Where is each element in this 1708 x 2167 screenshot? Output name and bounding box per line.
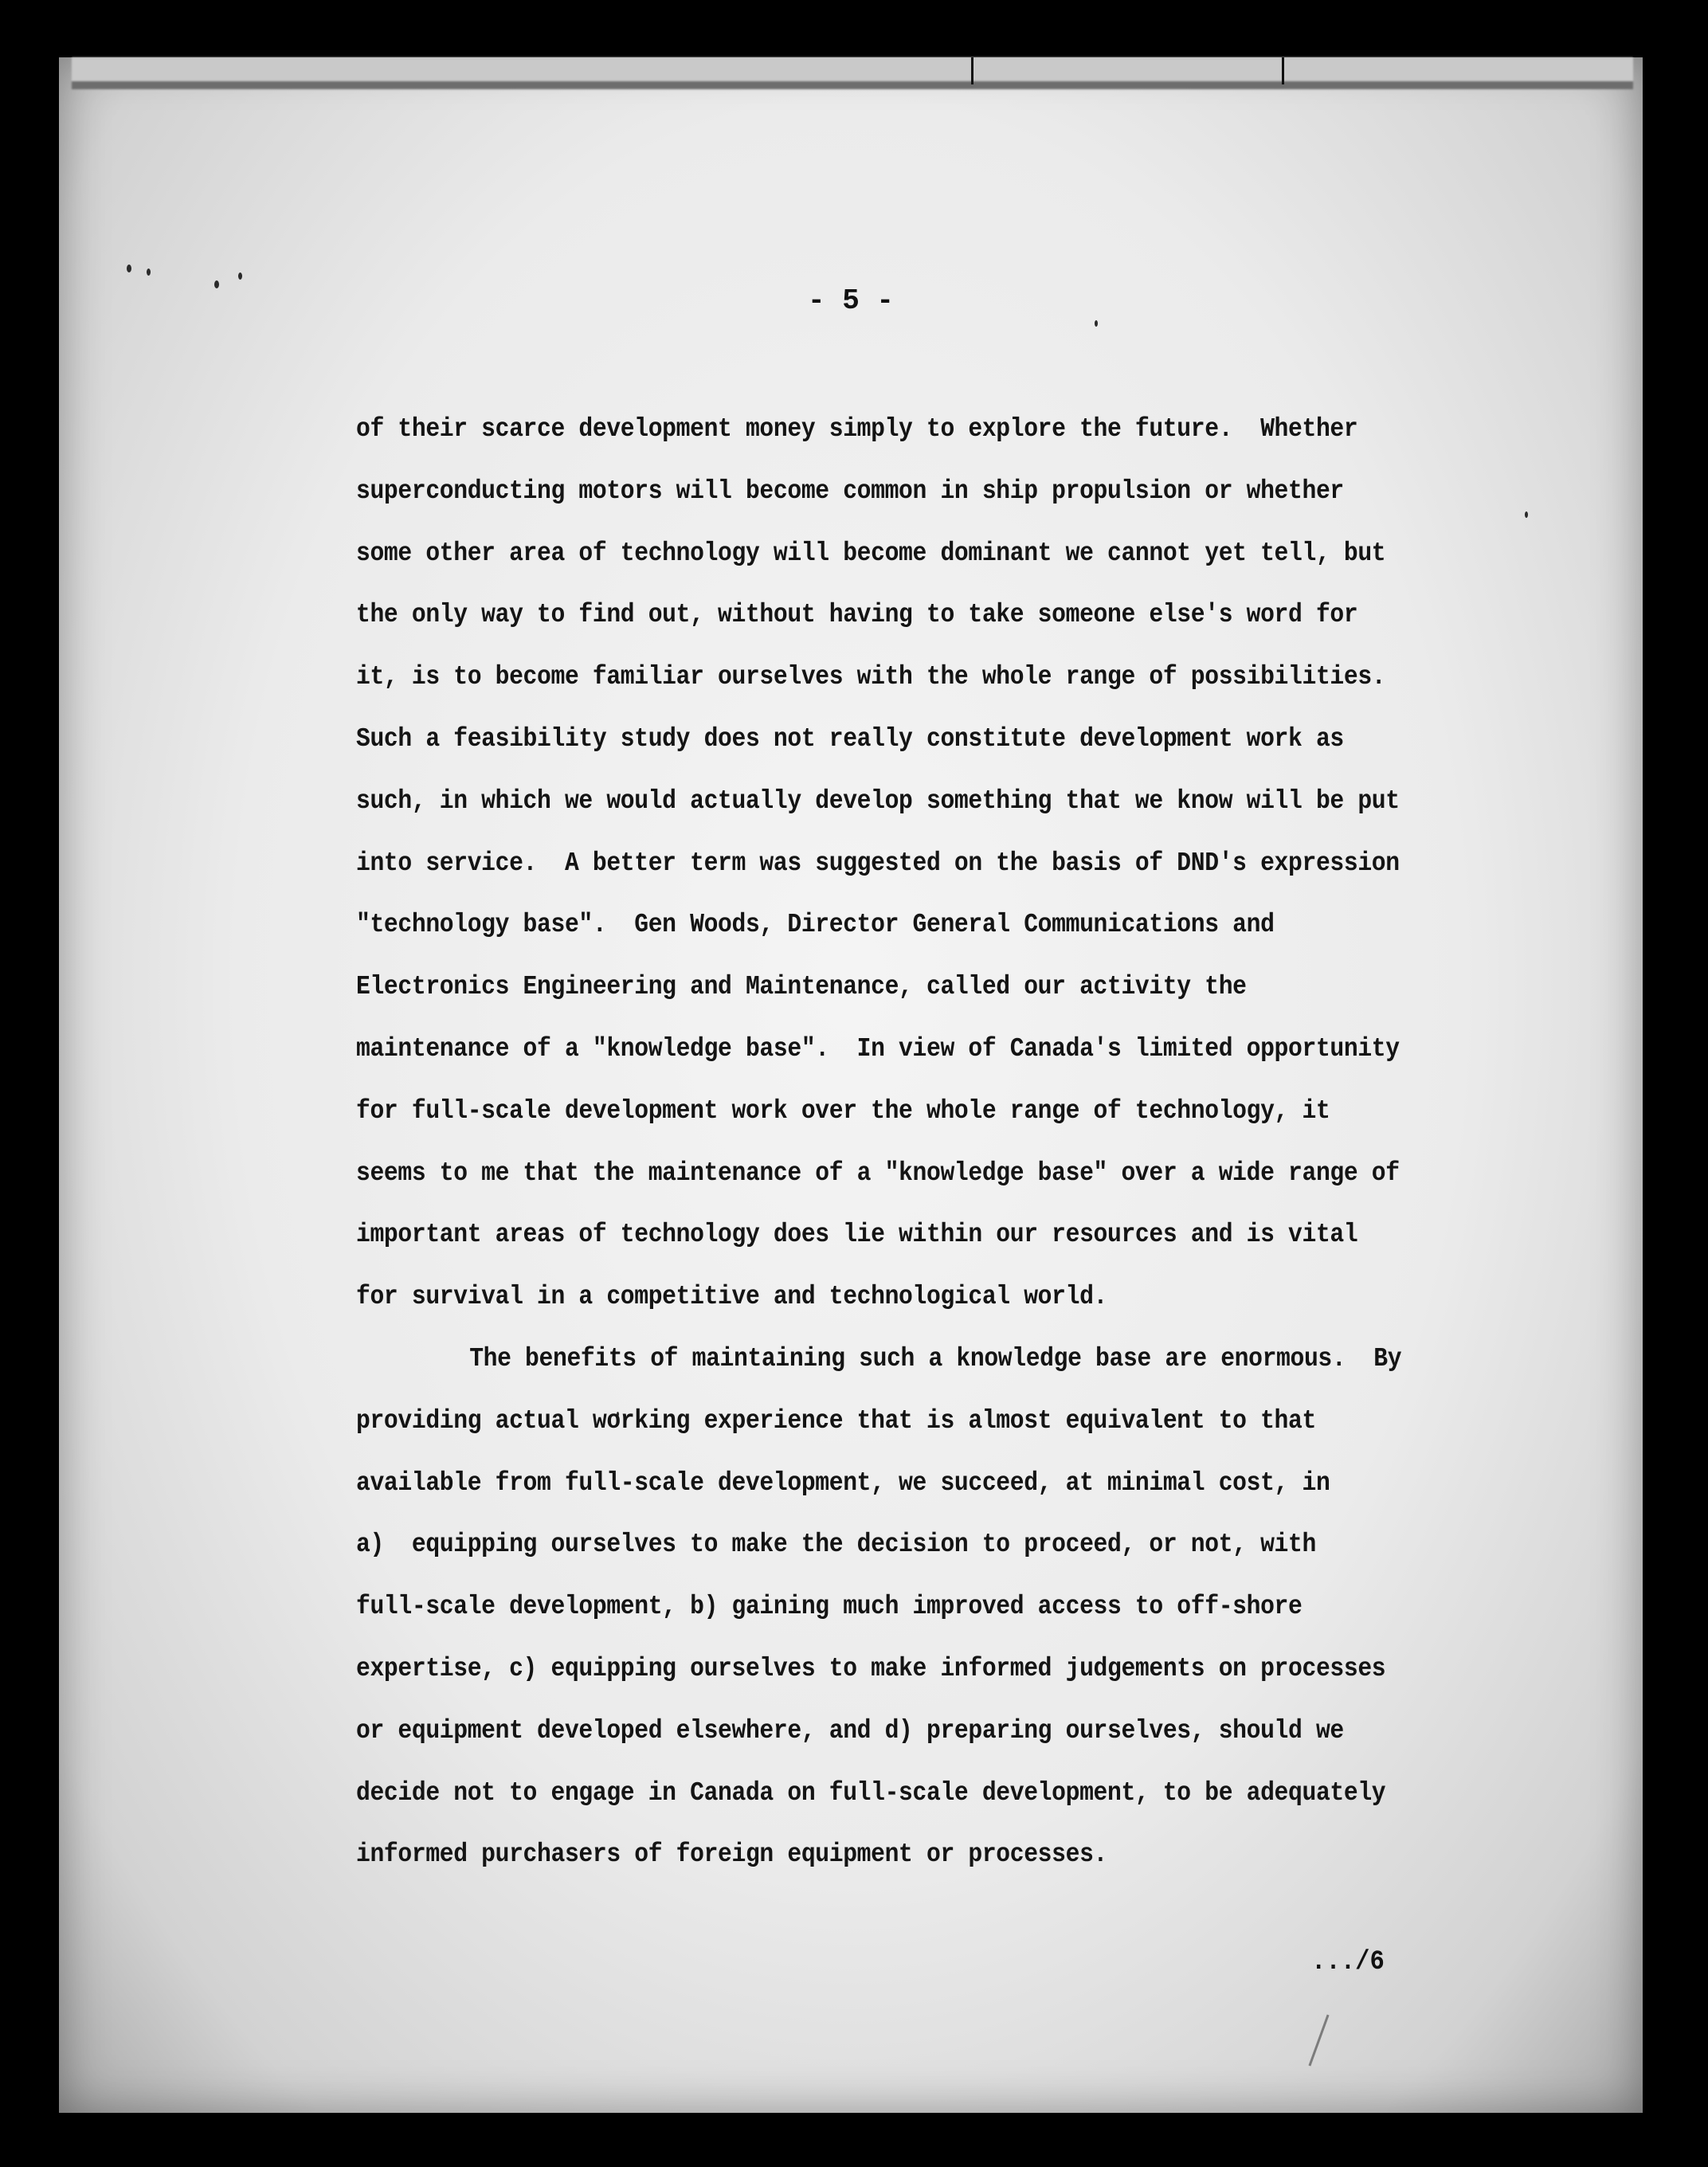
scan-speck [1525, 511, 1528, 518]
text-line: into service. A better term was suggeste… [356, 833, 1432, 895]
text-line: it, is to become familiar ourselves with… [356, 646, 1432, 708]
text-line: a) equipping ourselves to make the decis… [356, 1514, 1432, 1576]
text-line: decide not to engage in Canada on full-s… [356, 1762, 1432, 1824]
text-line: some other area of technology will becom… [356, 523, 1432, 585]
text-line: informed purchasers of foreign equipment… [356, 1824, 1432, 1886]
text-line-indented: The benefits of maintaining such a knowl… [356, 1328, 1432, 1390]
scanned-page: - 5 - of their scarce development money … [59, 57, 1643, 2113]
body-text: of their scarce development money simply… [356, 398, 1432, 1886]
text-line: full-scale development, b) gaining much … [356, 1576, 1432, 1638]
paragraph-2: The benefits of maintaining such a knowl… [356, 1328, 1432, 1886]
paragraph-1: of their scarce development money simply… [356, 398, 1432, 1328]
text-line: such, in which we would actually develop… [356, 770, 1432, 833]
page-number: - 5 - [59, 284, 1643, 317]
text-line: available from full-scale development, w… [356, 1452, 1432, 1515]
staple-mark [971, 57, 973, 84]
scan-speck [147, 268, 151, 276]
scan-speck [1095, 320, 1098, 327]
staple-mark [1282, 57, 1284, 84]
text-line: seems to me that the maintenance of a "k… [356, 1142, 1432, 1205]
text-line: maintenance of a "knowledge base". In vi… [356, 1018, 1432, 1080]
text-line: important areas of technology does lie w… [356, 1204, 1432, 1266]
scan-speck [238, 272, 242, 280]
page-fold-shadow [72, 57, 1633, 89]
text-line: Such a feasibility study does not really… [356, 708, 1432, 770]
text-line: for full-scale development work over the… [356, 1080, 1432, 1142]
text-line: superconducting motors will become commo… [356, 460, 1432, 523]
text-line: expertise, c) equipping ourselves to mak… [356, 1638, 1432, 1700]
text-line: "technology base". Gen Woods, Director G… [356, 894, 1432, 956]
text-line: the only way to find out, without having… [356, 584, 1432, 646]
scan-speck [127, 265, 131, 272]
text-line: Electronics Engineering and Maintenance,… [356, 956, 1432, 1018]
continuation-marker: .../6 [1311, 1947, 1385, 1977]
text-line: providing actual working experience that… [356, 1390, 1432, 1452]
text-line: or equipment developed elsewhere, and d)… [356, 1700, 1432, 1762]
text-line: of their scarce development money simply… [356, 398, 1432, 460]
text-line: for survival in a competitive and techno… [356, 1266, 1432, 1328]
pencil-mark [1308, 2015, 1329, 2067]
